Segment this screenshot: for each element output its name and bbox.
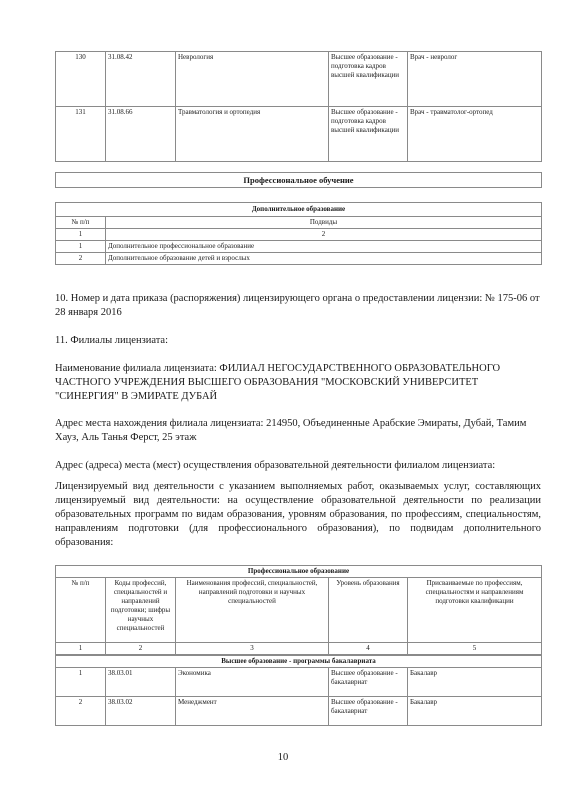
- specialty-name: Экономика: [176, 668, 329, 697]
- qualification: Бакалавр: [408, 668, 542, 697]
- specialty-name: Неврология: [176, 52, 329, 107]
- header-row: № п/п Подвиды: [56, 217, 542, 229]
- table-row: 2 Дополнительное образование детей и взр…: [56, 253, 542, 265]
- specialty-code: 31.08.42: [106, 52, 176, 107]
- activity-address: Адрес (адреса) места (мест) осуществлени…: [55, 459, 541, 473]
- header-level: Уровень образования: [329, 578, 408, 643]
- education-level: Высшее образование - бакалавриат: [329, 697, 408, 726]
- additional-education-title: Дополнительное образование: [56, 203, 542, 217]
- row-number: 1: [56, 668, 106, 697]
- subtype-label: Дополнительное профессиональное образова…: [106, 241, 542, 253]
- qualification: Бакалавр: [408, 697, 542, 726]
- page-number: 10: [0, 752, 566, 763]
- specialty-name: Травматология и ортопедия: [176, 107, 329, 162]
- table-row: 1 Дополнительное профессиональное образо…: [56, 241, 542, 253]
- column-number: 1: [56, 229, 106, 241]
- column-numbers-row: 1 2 3 4 5: [56, 643, 542, 656]
- row-number: 131: [56, 107, 106, 162]
- column-numbers-row: 1 2: [56, 229, 542, 241]
- column-number: 5: [408, 643, 542, 656]
- professional-education-title: Профессиональное образование: [56, 566, 542, 578]
- row-number: 1: [56, 241, 106, 253]
- row-number: 2: [56, 253, 106, 265]
- qualification: Врач - травматолог-ортопед: [408, 107, 542, 162]
- licensed-activity-description: Лицензируемый вид деятельности с указани…: [55, 480, 541, 550]
- education-level: Высшее образование - бакалавриат: [329, 668, 408, 697]
- branch-name: Наименование филиала лицензиата: ФИЛИАЛ …: [55, 362, 541, 404]
- header-qualification: Присваиваемые по профессиям, специальнос…: [408, 578, 542, 643]
- specialty-code: 38.03.02: [106, 697, 176, 726]
- header-num: № п/п: [56, 578, 106, 643]
- specialty-name: Менеджмент: [176, 697, 329, 726]
- column-number: 4: [329, 643, 408, 656]
- subtype-label: Дополнительное образование детей и взрос…: [106, 253, 542, 265]
- table-row: 2 38.03.02 Менеджмент Высшее образование…: [56, 697, 542, 726]
- column-number: 1: [56, 643, 106, 656]
- license-order-paragraph: 10. Номер и дата приказа (распоряжения) …: [55, 292, 541, 320]
- specialty-code: 31.08.66: [106, 107, 176, 162]
- education-level: Высшее образование - подготовка кадров в…: [329, 52, 408, 107]
- additional-education-table: Дополнительное образование № п/п Подвиды…: [55, 202, 542, 265]
- column-number: 3: [176, 643, 329, 656]
- section-title: Высшее образование - программы бакалаври…: [56, 655, 542, 668]
- professional-education-table: Профессиональное образование № п/п Коды …: [55, 565, 542, 726]
- header-num: № п/п: [56, 217, 106, 229]
- table-row: 131 31.08.66 Травматология и ортопедия В…: [56, 107, 542, 162]
- column-number: 2: [106, 229, 542, 241]
- top-specialties-table: 130 31.08.42 Неврология Высшее образован…: [55, 51, 542, 162]
- table-row: 1 38.03.01 Экономика Высшее образование …: [56, 668, 542, 697]
- header-subtypes: Подвиды: [106, 217, 542, 229]
- header-name: Наименования профессий, специальностей, …: [176, 578, 329, 643]
- education-level: Высшее образование - подготовка кадров в…: [329, 107, 408, 162]
- branches-heading: 11. Филиалы лицензиата:: [55, 334, 541, 348]
- row-number: 130: [56, 52, 106, 107]
- header-row: № п/п Коды профессий, специальностей и н…: [56, 578, 542, 643]
- header-code: Коды профессий, специальностей и направл…: [106, 578, 176, 643]
- professional-training-heading: Профессиональное обучение: [55, 172, 542, 188]
- table-row: 130 31.08.42 Неврология Высшее образован…: [56, 52, 542, 107]
- branch-address: Адрес места нахождения филиала лицензиат…: [55, 417, 541, 445]
- row-number: 2: [56, 697, 106, 726]
- column-number: 2: [106, 643, 176, 656]
- qualification: Врач - невролог: [408, 52, 542, 107]
- specialty-code: 38.03.01: [106, 668, 176, 697]
